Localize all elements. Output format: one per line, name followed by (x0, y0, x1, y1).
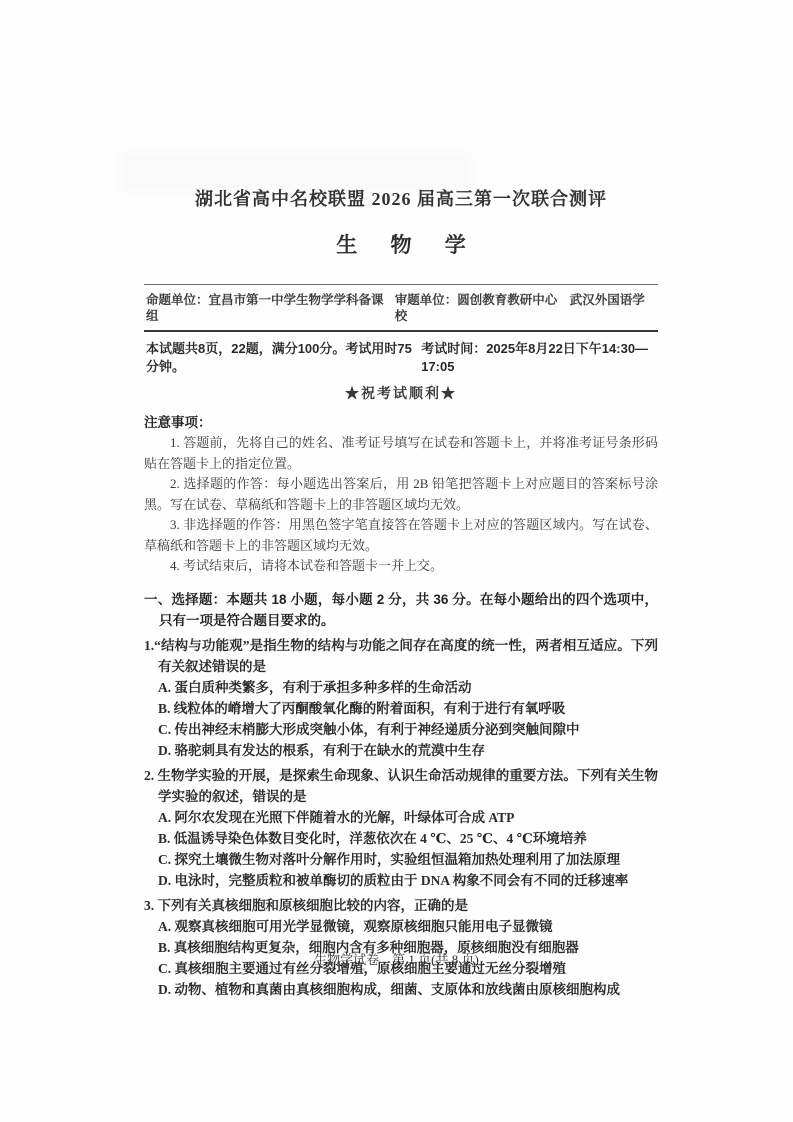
page-content: 湖北省高中名校联盟 2026 届高三第一次联合测评 生 物 学 命题单位：宜昌市… (144, 0, 658, 1000)
option-b: B. 低温诱导染色体数目变化时，洋葱依次在 4 ℃、25 ℃、4 ℃环境培养 (144, 828, 658, 849)
option-d: D. 动物、植物和真菌由真核细胞构成，细菌、支原体和放线菌由原核细胞构成 (144, 979, 658, 1000)
question-stem: 1.“结构与功能观”是指生物的结构与功能之间存在高度的统一性，两者相互适应。下列… (144, 635, 658, 677)
question-3: 3. 下列有关真核细胞和原核细胞比较的内容，正确的是 A. 观察真核细胞可用光学… (144, 895, 658, 1000)
question-2: 2. 生物学实验的开展，是探索生命现象、认识生命活动规律的重要方法。下列有关生物… (144, 765, 658, 891)
notices-title: 注意事项： (144, 412, 658, 433)
setter-unit: 命题单位：宜昌市第一中学生物学学科备课组 (146, 292, 395, 324)
option-d: D. 骆驼刺具有发达的根系，有利于在缺水的荒漠中生存 (144, 740, 658, 761)
notices-section: 注意事项： 1. 答题前，先将自己的姓名、准考证号填写在试卷和答题卡上，并将准考… (144, 412, 658, 577)
section-heading-multiple-choice: 一、选择题：本题共 18 小题，每小题 2 分，共 36 分。在每小题给出的四个… (144, 589, 658, 631)
exam-blessing: ★祝考试顺利★ (144, 385, 658, 405)
subject-title: 生 物 学 (144, 232, 658, 258)
option-a: A. 阿尔农发现在光照下伴随着水的光解，叶绿体可合成 ATP (144, 807, 658, 828)
page-footer: 生物学试卷 第 1 页(共 8 页) (0, 950, 793, 970)
question-1: 1.“结构与功能观”是指生物的结构与功能之间存在高度的统一性，两者相互适应。下列… (144, 635, 658, 761)
unit-row: 命题单位：宜昌市第一中学生物学学科备课组 审题单位：圆创教育教研中心 武汉外国语… (144, 284, 658, 332)
paper-info-row: 本试题共8页，22题，满分100分。考试用时75分钟。 考试时间：2025年8月… (144, 332, 658, 376)
question-stem: 3. 下列有关真核细胞和原核细胞比较的内容，正确的是 (144, 895, 658, 916)
option-c: C. 探究土壤微生物对落叶分解作用时，实验组恒温箱加热处理利用了加法原理 (144, 849, 658, 870)
question-stem: 2. 生物学实验的开展，是探索生命现象、认识生命活动规律的重要方法。下列有关生物… (144, 765, 658, 807)
page-title: 湖北省高中名校联盟 2026 届高三第一次联合测评 (144, 186, 658, 212)
option-d: D. 电泳时，完整质粒和被单酶切的质粒由于 DNA 构象不同会有不同的迁移速率 (144, 870, 658, 891)
notice-item: 4. 考试结束后，请将本试卷和答题卡一并上交。 (144, 556, 658, 577)
notice-item: 1. 答题前，先将自己的姓名、准考证号填写在试卷和答题卡上，并将准考证号条形码贴… (144, 433, 658, 474)
notice-item: 2. 选择题的作答：每小题选出答案后，用 2B 铅笔把答题卡上对应题目的答案标号… (144, 474, 658, 515)
exam-paper-page: 湖北省高中名校联盟 2026 届高三第一次联合测评 生 物 学 命题单位：宜昌市… (0, 0, 793, 1122)
option-b: B. 线粒体的嵴增大了丙酮酸氧化酶的附着面积，有利于进行有氧呼吸 (144, 698, 658, 719)
option-c: C. 传出神经末梢膨大形成突触小体，有利于神经递质分泌到突触间隙中 (144, 719, 658, 740)
reviewer-unit: 审题单位：圆创教育教研中心 武汉外国语学校 (395, 292, 656, 324)
exam-time: 考试时间：2025年8月22日下午14:30—17:05 (421, 340, 656, 376)
notice-item: 3. 非选择题的作答：用黑色签字笔直接答在答题卡上对应的答题区域内。写在试卷、草… (144, 515, 658, 556)
paper-info: 本试题共8页，22题，满分100分。考试用时75分钟。 (146, 340, 421, 376)
option-a: A. 观察真核细胞可用光学显微镜，观察原核细胞只能用电子显微镜 (144, 916, 658, 937)
option-a: A. 蛋白质种类繁多，有利于承担多种多样的生命活动 (144, 677, 658, 698)
